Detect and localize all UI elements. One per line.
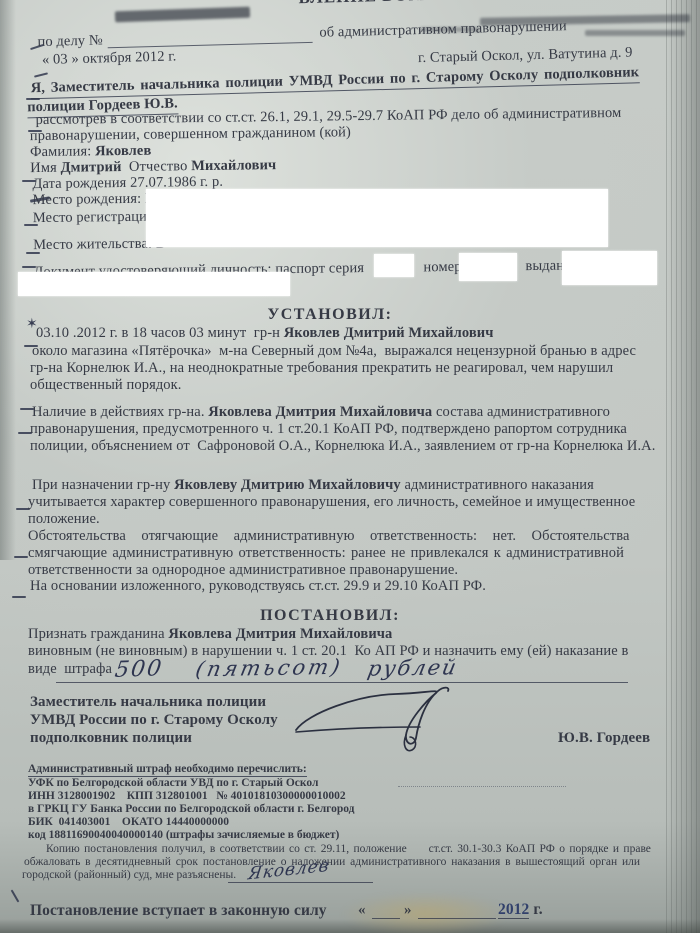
redaction-box-passport-series bbox=[374, 254, 414, 277]
page-left-edge bbox=[0, 0, 16, 560]
ink-smudge bbox=[115, 7, 250, 23]
footer-quote-open: « bbox=[358, 902, 366, 919]
document-photo: ✶ ВЛЕНИЕ БО№ 182639 по делу № об админис… bbox=[0, 0, 700, 933]
incident-line4: общественный порядок. bbox=[30, 377, 182, 394]
penalty-suffix: административного наказания bbox=[401, 477, 594, 493]
evidence-line2: правонарушения, предусмотренного ч. 1 ст… bbox=[30, 421, 627, 438]
copy-line3: городской (районный) суд, мне разъяснены… bbox=[22, 869, 236, 881]
footer-year-suffix: г. bbox=[529, 901, 542, 918]
footer-month-blank bbox=[418, 918, 496, 919]
circumstances-line1: Обстоятельства отягчающие административн… bbox=[28, 528, 630, 545]
evidence-suffix: состава административного bbox=[432, 404, 610, 420]
circumstances-line2: смягчающие административную ответственно… bbox=[28, 545, 624, 562]
payment-line4: БИК 041403001 ОКАТО 14440000000 bbox=[28, 816, 229, 828]
reviewed-line2: правонарушении, совершенном гражданином … bbox=[30, 124, 351, 145]
copy-line1: Копию постановления получил, в соответст… bbox=[46, 843, 651, 855]
footer-label: Постановление вступает в законную силу bbox=[30, 902, 327, 920]
name-label: Имя bbox=[30, 160, 61, 176]
offender-name-dative: Яковлеву Дмитрию Михайловичу bbox=[174, 477, 401, 493]
ruling-line3: виде штрафа bbox=[28, 661, 112, 678]
incident-line1: 03.10 .2012 г. в 18 часов 03 минут гр-н … bbox=[36, 325, 494, 342]
signer-name: Ю.В. Гордеев bbox=[558, 730, 650, 747]
signer-title-line3: подполковник полиции bbox=[30, 730, 192, 747]
pen-mark bbox=[11, 889, 20, 902]
pen-mark bbox=[34, 72, 48, 77]
handwritten-fine-words: (пятьсот) bbox=[194, 655, 345, 682]
payment-line1: УФК по Белгородской области УВД по г. Ст… bbox=[28, 777, 318, 789]
id-issued-label: выдан bbox=[525, 258, 564, 275]
footer-quote-close: » bbox=[404, 902, 412, 919]
ruling-line1: Признать гражданина Яковлева Дмитрия Мих… bbox=[28, 626, 392, 643]
incident-datetime: 03.10 .2012 г. в 18 часов 03 минут гр-н bbox=[36, 325, 284, 341]
page-stack-edge bbox=[666, 0, 700, 933]
surname-value: Яковлев bbox=[95, 143, 151, 160]
penalty-line2: учитывается характер совершенного правон… bbox=[28, 494, 635, 511]
handwritten-fine-currency: рублей bbox=[366, 655, 460, 681]
pen-mark bbox=[12, 596, 26, 598]
payment-blank-line bbox=[398, 786, 566, 787]
case-number-blank bbox=[108, 42, 313, 48]
offender-name: Яковлев Дмитрий Михайлович bbox=[284, 325, 494, 341]
fine-blank-line bbox=[56, 682, 628, 683]
offender-name-ruling: Яковлева Дмитрия Михайловича bbox=[168, 626, 392, 642]
header-block: ВЛЕНИЕ БО№ 182639 по делу № об администр… bbox=[0, 0, 698, 1]
case-number-label: по делу № bbox=[37, 32, 103, 51]
redaction-box-issued-by2 bbox=[18, 272, 290, 296]
evidence-line1: Наличие в действиях гр-на. Яковлева Дмит… bbox=[32, 404, 610, 421]
copy-line2: обжаловать в десятидневный срок постанов… bbox=[24, 856, 640, 868]
name-value: Дмитрий bbox=[60, 159, 121, 176]
payment-line2: ИНН 3128001902 КПП 312801001 № 401018103… bbox=[28, 790, 346, 802]
surname-label: Фамилия: bbox=[30, 143, 95, 160]
basis-line: На основании изложенного, руководствуясь… bbox=[30, 578, 486, 595]
handwritten-fine-amount: 500 bbox=[113, 656, 165, 683]
payment-heading: Административный штраф необходимо перечи… bbox=[28, 763, 307, 777]
ruling-prefix: Признать гражданина bbox=[28, 626, 168, 642]
pen-mark bbox=[14, 556, 28, 558]
footer-year-line: 2012 г. bbox=[498, 901, 543, 919]
redaction-box-passport-number bbox=[459, 253, 517, 281]
incident-line2: около магазина «Пятёрочка» м-на Северный… bbox=[32, 343, 636, 360]
redaction-box-issued-by bbox=[562, 251, 657, 285]
footer-day-blank bbox=[372, 918, 400, 919]
circumstances-line3: ответственности за однородное администра… bbox=[28, 562, 458, 579]
officer-intro-line1: Я, Заместитель начальника полиции УМВД Р… bbox=[31, 64, 640, 99]
ustanovil-heading: УСТАНОВИЛ: bbox=[0, 306, 660, 324]
gordeev-signature bbox=[288, 685, 463, 760]
place-line: г. Старый Оскол, ул. Ватутина д. 9 bbox=[418, 44, 633, 67]
payment-line5: код 18811690040040000140 (штрафы зачисля… bbox=[28, 829, 339, 841]
payment-line3: в ГРКЦ ГУ Банка России по Белгородской о… bbox=[28, 803, 354, 815]
case-suffix: об административном правонарушении bbox=[319, 18, 567, 41]
ink-smudge bbox=[585, 30, 685, 36]
footer-year: 2012 bbox=[498, 901, 529, 919]
penalty-prefix: При назначении гр-ну bbox=[32, 477, 174, 493]
patronymic-value: Михайлович bbox=[191, 157, 276, 174]
patronymic-label: Отчество bbox=[121, 158, 191, 175]
redaction-box-registration bbox=[146, 189, 608, 247]
doc-title-partial: ВЛЕНИЕ БО№ 182639 bbox=[298, 0, 489, 8]
evidence-line3: полиции, объяснением от Сафроновой О.А.,… bbox=[30, 438, 655, 455]
registration-label: Место регистрации: bbox=[33, 209, 159, 228]
incident-line3: гр-на Корнелюк И.А., на неоднократные тр… bbox=[30, 360, 613, 377]
postanovil-heading: ПОСТАНОВИЛ: bbox=[0, 607, 660, 625]
offender-name-genitive: Яковлева Дмитрия Михайловича bbox=[208, 404, 432, 420]
signer-title-line1: Заместитель начальника полиции bbox=[30, 694, 266, 711]
penalty-line3: положение. bbox=[28, 511, 100, 528]
evidence-prefix: Наличие в действиях гр-на. bbox=[32, 404, 208, 420]
penalty-line1: При назначении гр-ну Яковлеву Дмитрию Ми… bbox=[32, 477, 594, 494]
signer-title-line2: УМВД России по г. Старому Осколу bbox=[30, 712, 278, 729]
date-line: « 03 » октября 2012 г. bbox=[42, 48, 177, 69]
id-number-label: номер bbox=[423, 259, 461, 276]
